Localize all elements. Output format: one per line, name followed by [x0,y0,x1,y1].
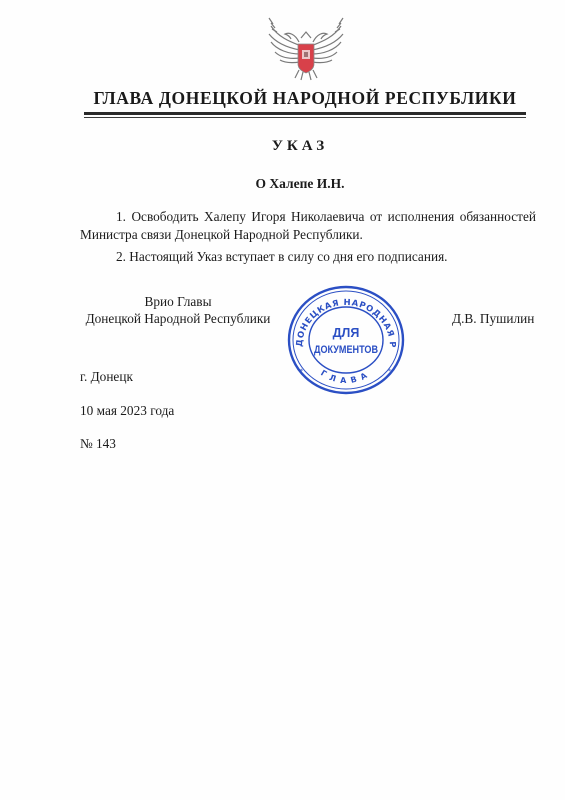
official-stamp: ДОНЕЦКАЯ НАРОДНАЯ РЕСПУБЛИКА ГЛАВА * * Д… [285,283,407,397]
issuer-heading: ГЛАВА ДОНЕЦКОЙ НАРОДНОЙ РЕСПУБЛИКИ [80,88,530,109]
header-rule-thick [84,112,526,115]
document-type-title: УКАЗ [200,138,400,155]
signatory-position-line-1: Врио Главы [78,293,278,310]
svg-text:ГЛАВА: ГЛАВА [319,368,373,385]
decree-paragraph-1: 1. Освободить Халепу Игоря Николаевича о… [80,208,536,244]
decree-paragraph-2: 2. Настоящий Указ вступает в силу со дня… [80,248,536,266]
signing-date: 10 мая 2023 года [80,403,174,419]
stamp-center-line-2: ДОКУМЕНТОВ [314,344,378,356]
signatory-position: Врио Главы Донецкой Народной Республики [78,293,278,327]
svg-text:*: * [300,368,303,375]
decree-number: № 143 [80,436,116,452]
signatory-position-line-2: Донецкой Народной Республики [78,310,278,327]
stamp-center-line-1: ДЛЯ [333,326,360,340]
stamp-bottom-text: ГЛАВА [319,368,373,385]
document-page: ГЛАВА ДОНЕЦКОЙ НАРОДНОЙ РЕСПУБЛИКИ УКАЗ … [0,0,565,800]
place-of-signing: г. Донецк [80,369,133,385]
svg-text:*: * [388,368,391,375]
coat-of-arms-icon [265,12,347,82]
document-subject: О Халепе И.Н. [200,176,400,192]
header-rule-thin [84,117,526,118]
signatory-name: Д.В. Пушилин [452,311,534,327]
